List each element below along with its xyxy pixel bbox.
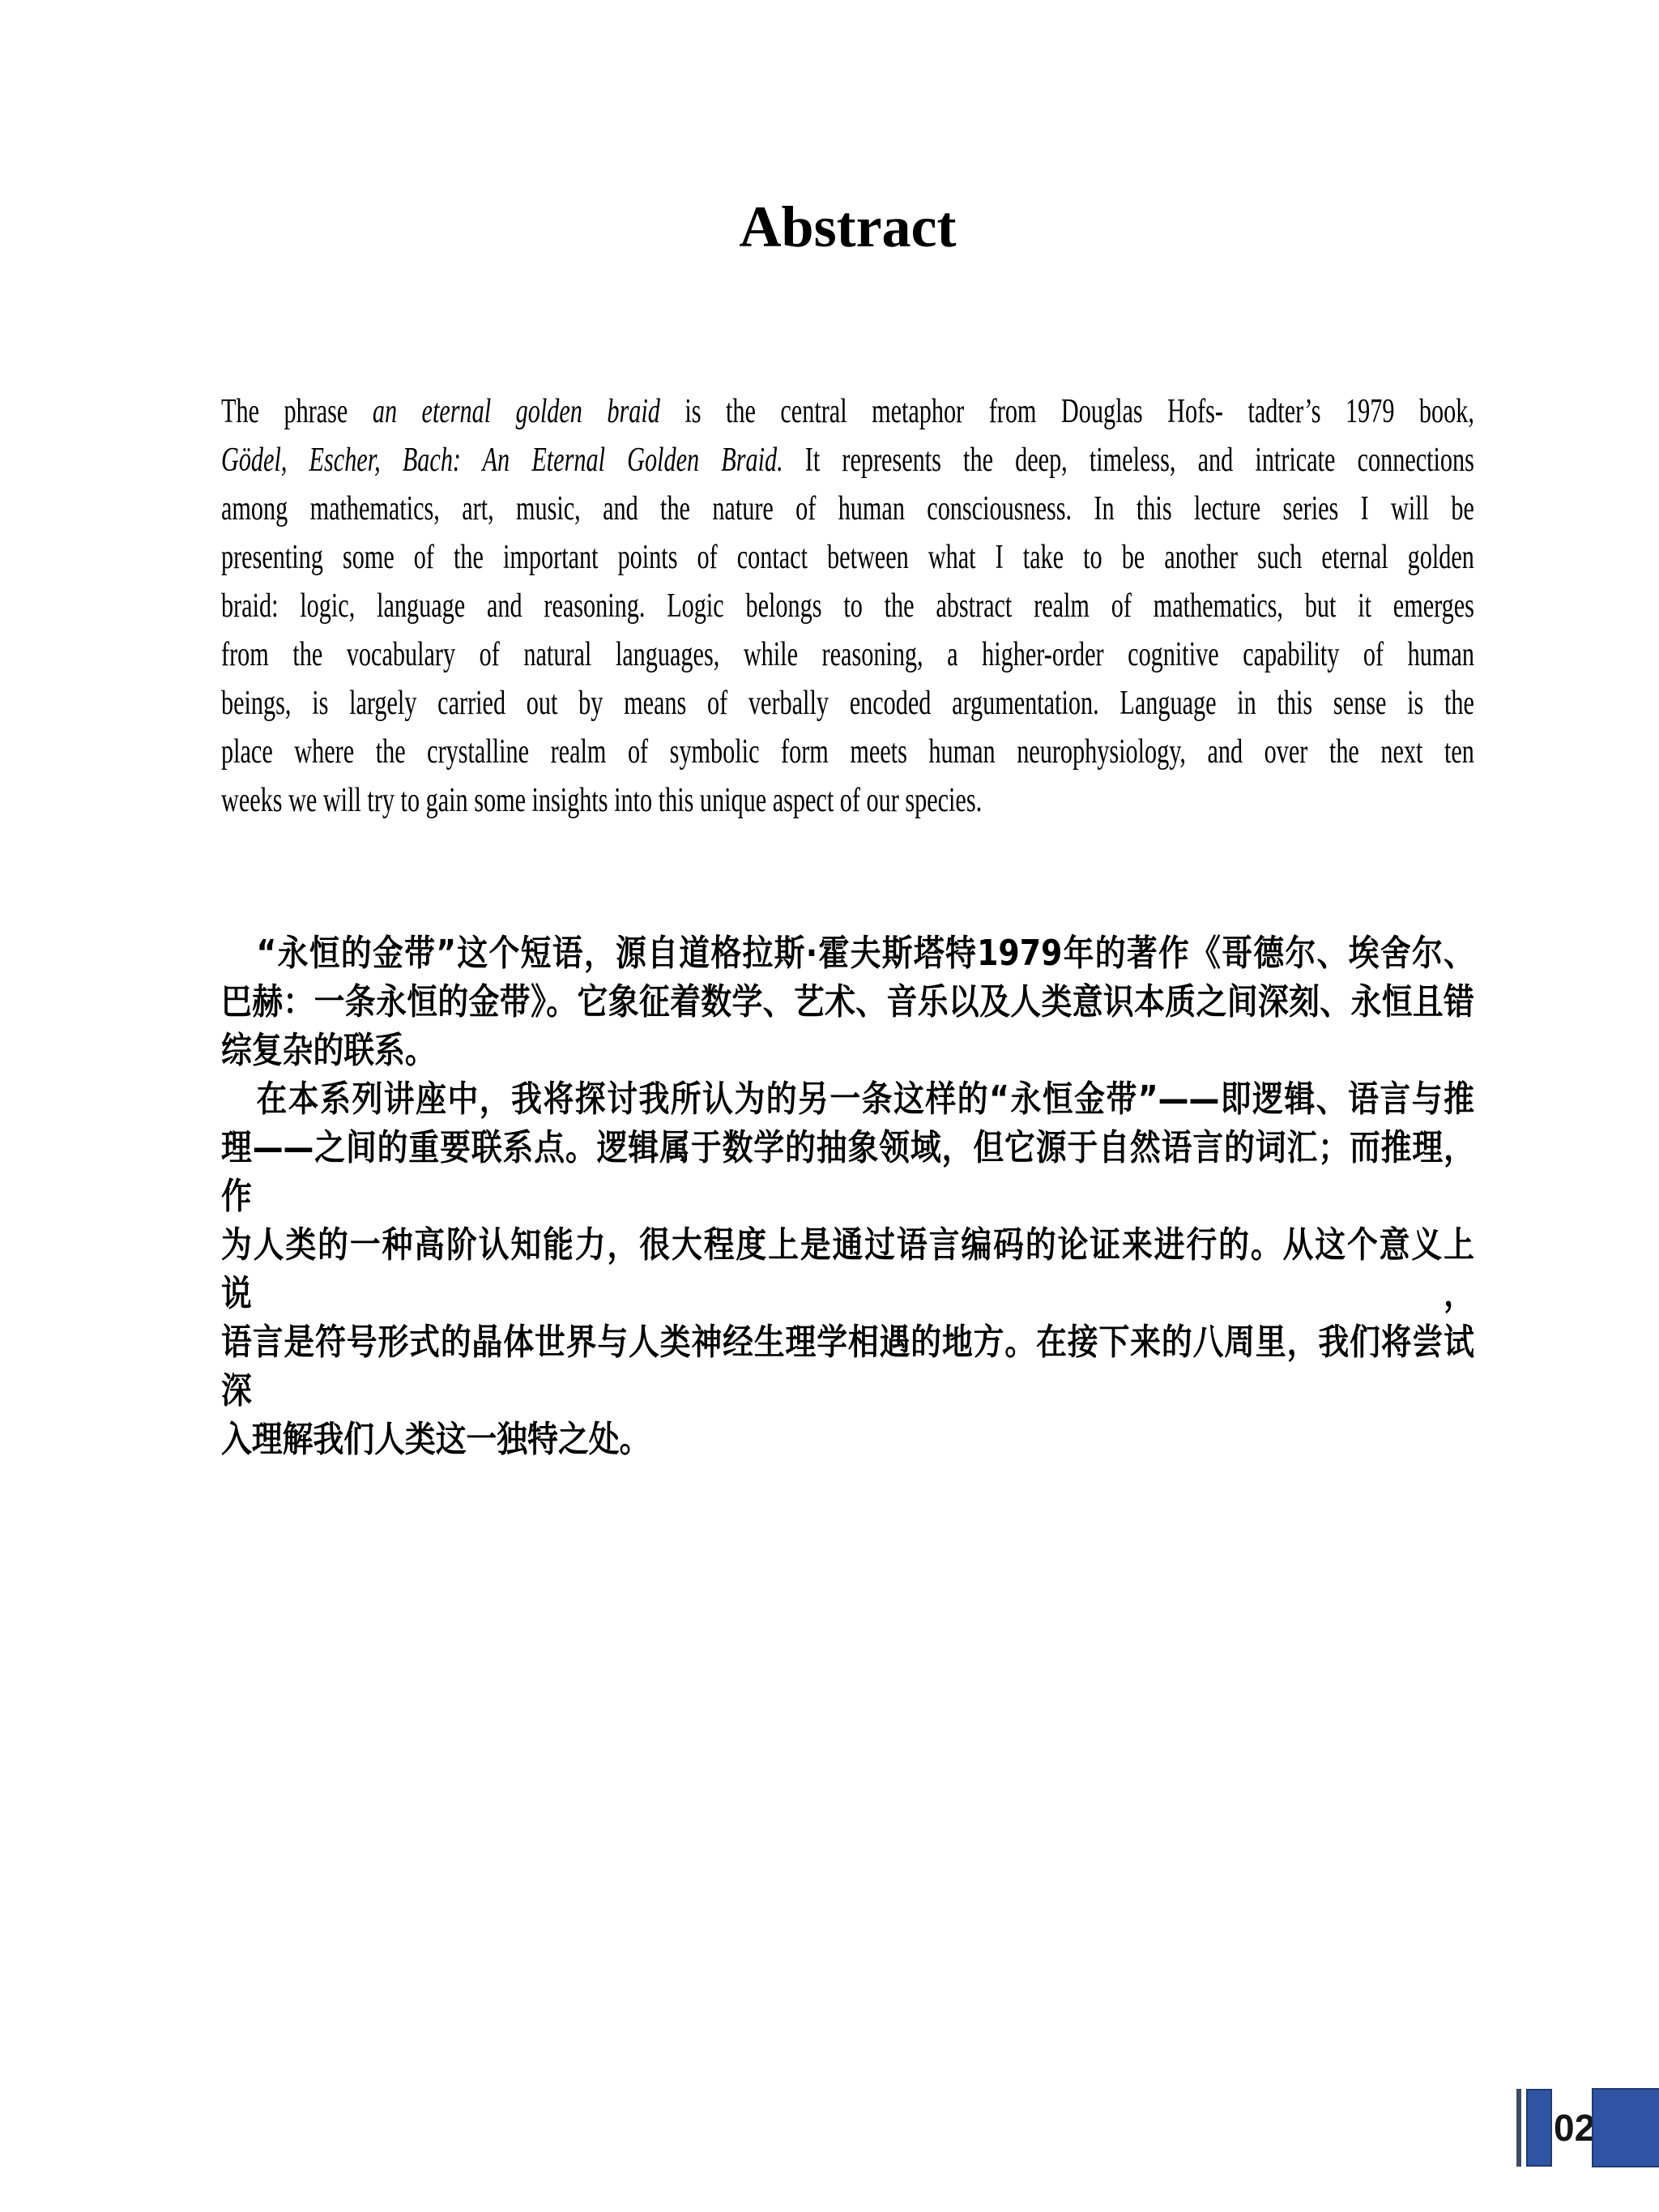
text-segment: It represents the deep, timeless, and in… (783, 442, 1474, 479)
document-page: Abstract The phrase an eternal golden br… (0, 0, 1659, 2212)
english-line: among mathematics, art, music, and the n… (221, 485, 1474, 533)
italic-text-segment: Gödel, Escher, Bach: An Eternal Golden B… (221, 442, 783, 479)
chinese-line: “永恒的金带”这个短语，源自道格拉斯·霍夫斯塔特1979年的著作《哥德尔、埃舍尔… (221, 929, 1474, 978)
text-segment: presenting some of the important points … (221, 539, 1474, 576)
english-line: presenting some of the important points … (221, 533, 1474, 582)
text-segment: The phrase (221, 393, 373, 430)
text-segment: weeks we will try to gain some insights … (221, 782, 982, 819)
english-line: from the vocabulary of natural languages… (221, 630, 1474, 679)
text-segment: beings, is largely carried out by means … (221, 685, 1474, 722)
chinese-line: 为人类的一种高阶认知能力，很大程度上是通过语言编码的论证来进行的。从这个意义上说… (221, 1221, 1474, 1318)
text-segment: among mathematics, art, music, and the n… (221, 490, 1474, 527)
page-title: Abstract (221, 194, 1474, 259)
chinese-abstract-paragraphs: “永恒的金带”这个短语，源自道格拉斯·霍夫斯塔特1979年的著作《哥德尔、埃舍尔… (221, 929, 1474, 1464)
english-line: braid: logic, language and reasoning. Lo… (221, 582, 1474, 630)
english-line: Gödel, Escher, Bach: An Eternal Golden B… (221, 436, 1474, 485)
english-abstract-paragraph: The phrase an eternal golden braid is th… (221, 387, 1474, 825)
footer-accent-bar (1526, 2089, 1552, 2167)
footer-accent-block (1592, 2088, 1659, 2167)
english-line: The phrase an eternal golden braid is th… (221, 387, 1474, 436)
english-line: beings, is largely carried out by means … (221, 679, 1474, 728)
text-segment: is the central metaphor from Douglas Hof… (660, 393, 1474, 430)
english-abstract-lines: The phrase an eternal golden braid is th… (221, 387, 1474, 825)
chinese-abstract-lines: “永恒的金带”这个短语，源自道格拉斯·霍夫斯塔特1979年的著作《哥德尔、埃舍尔… (221, 929, 1474, 1464)
chinese-line: 理——之间的重要联系点。逻辑属于数学的抽象领域，但它源于自然语言的词汇；而推理，… (221, 1124, 1474, 1221)
chinese-line: 入理解我们人类这一独特之处。 (221, 1416, 1474, 1464)
chinese-line: 综复杂的联系。 (221, 1027, 1474, 1075)
chinese-line: 在本系列讲座中，我将探讨我所认为的另一条这样的“永恒金带”——即逻辑、语言与推 (221, 1075, 1474, 1124)
chinese-line: 语言是符号形式的晶体世界与人类神经生理学相遇的地方。在接下来的八周里，我们将尝试… (221, 1318, 1474, 1416)
footer-thin-accent-bar (1516, 2089, 1521, 2167)
text-segment: place where the crystalline realm of sym… (221, 733, 1474, 771)
italic-text-segment: an eternal golden braid (373, 393, 660, 430)
english-line: place where the crystalline realm of sym… (221, 728, 1474, 776)
english-line: weeks we will try to gain some insights … (221, 776, 1474, 825)
text-segment: braid: logic, language and reasoning. Lo… (221, 587, 1474, 625)
page-number: 02 (1554, 2089, 1595, 2167)
text-segment: from the vocabulary of natural languages… (221, 636, 1474, 673)
chinese-line: 巴赫：一条永恒的金带》。它象征着数学、艺术、音乐以及人类意识本质之间深刻、永恒且… (221, 978, 1474, 1027)
